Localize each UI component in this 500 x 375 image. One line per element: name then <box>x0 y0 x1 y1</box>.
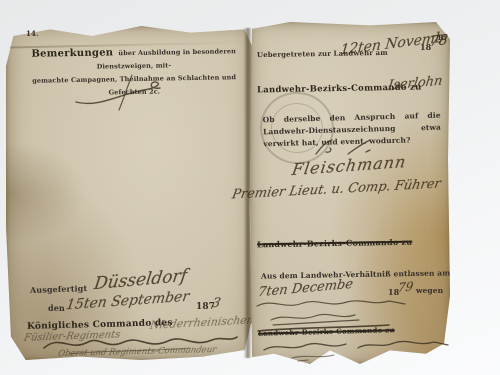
handwritten-flourish-icon <box>72 72 202 114</box>
wegen-label: wegen <box>416 286 443 295</box>
issued-year-handwriting: 3 <box>212 296 220 311</box>
remarks-header-lead: Bemerkungen <box>31 47 113 59</box>
issued-label: Ausgefertigt <box>30 283 88 295</box>
strike-pen-stroke-icon <box>256 322 391 334</box>
discharge-year-handwriting: 79 <box>397 279 414 295</box>
page-number-14: 14. <box>26 29 38 38</box>
illegible-handwriting-bottom-icon <box>262 336 452 362</box>
remarks-header-line1: über Ausbildung in besonderen Dienstzwei… <box>97 47 236 70</box>
issued-den-label: den <box>48 303 65 313</box>
document-photo: 14. Bemerkungen über Ausbildung in beson… <box>0 0 500 375</box>
transfer-year-handwriting: 78 <box>429 32 448 50</box>
